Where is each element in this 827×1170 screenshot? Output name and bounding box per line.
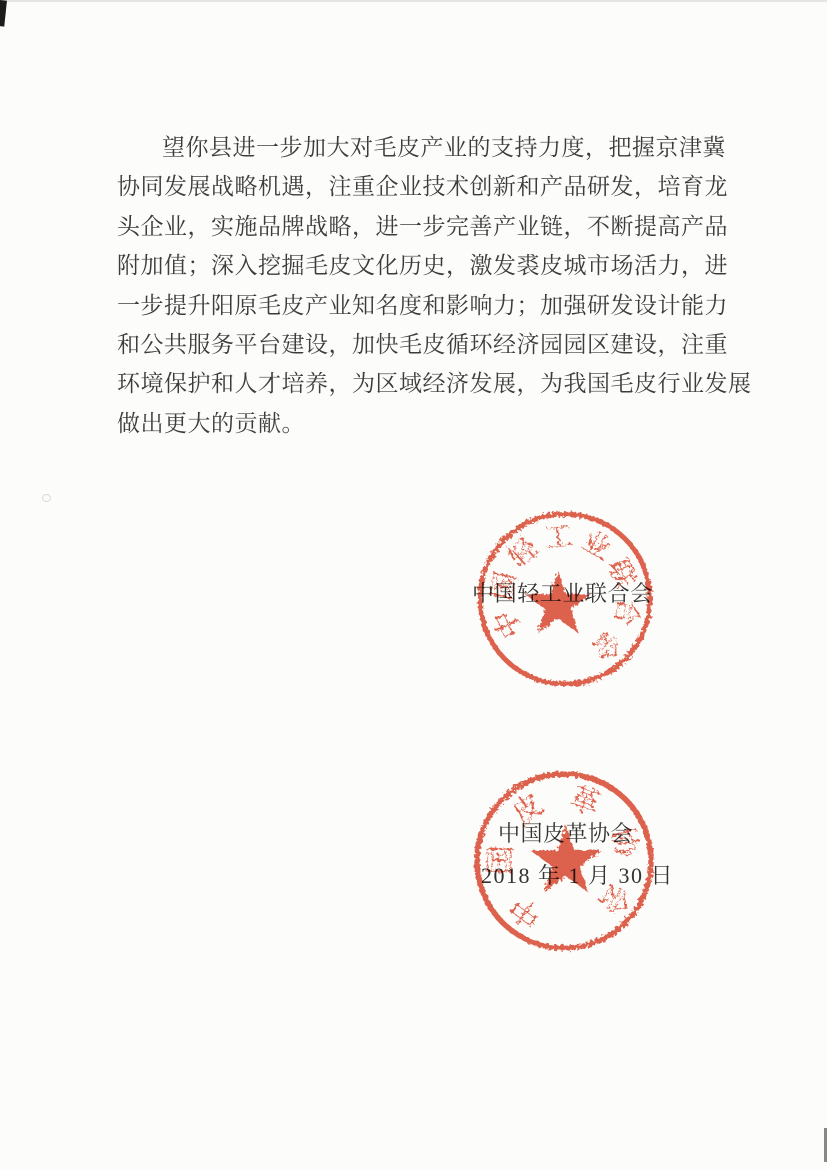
star-icon (525, 570, 592, 633)
seal-char: 协 (604, 823, 645, 862)
scan-edge-top-line (0, 0, 827, 2)
seal-char: 中 (488, 605, 529, 644)
seal-char: 国 (487, 569, 523, 603)
scan-speck (42, 494, 51, 502)
star-icon (530, 825, 601, 893)
body-line: 环境保护和人才培养，为区域经济发展，为我国毛皮行业发展 (117, 364, 716, 403)
scanned-letter-page: 望你县进一步加大对毛皮产业的支持力度，把握京津冀 协同发展战略机遇，注重企业技术… (0, 0, 827, 1170)
seal-light-industry-council: 中 国 轻 工 业 联 合 会 (450, 484, 680, 714)
body-line: 协同发展战略机遇，注重企业技术创新和产品研发，培育龙 (117, 167, 716, 206)
seal-char: 合 (607, 595, 644, 629)
seal-char: 业 (576, 525, 616, 566)
seal-char: 革 (565, 781, 604, 822)
scan-artifact-top-left (0, 0, 7, 27)
seal-char: 联 (602, 554, 643, 593)
body-line: 附加值；深入挖掘毛皮文化历史，激发裘皮城市场活力，进 (117, 246, 716, 285)
body-line: 望你县进一步加大对毛皮产业的支持力度，把握京津冀 (117, 128, 716, 167)
body-line: 一步提升阳原毛皮产业知名度和影响力；加强研发设计能力 (117, 286, 716, 325)
body-line: 做出更大的贡献。 (117, 404, 716, 443)
letter-body: 望你县进一步加大对毛皮产业的支持力度，把握京津冀 协同发展战略机遇，注重企业技术… (117, 128, 716, 443)
body-line: 头企业，实施品牌战略，进一步完善产业链，不断提高产品 (117, 207, 716, 246)
seal-char: 工 (543, 521, 574, 555)
seal-char: 国 (484, 845, 518, 876)
seal-leather-association: 中 国 皮 革 协 会 (449, 746, 679, 976)
body-line: 和公共服务平台建设，加快毛皮循环经济园园区建设，注重 (117, 325, 716, 364)
